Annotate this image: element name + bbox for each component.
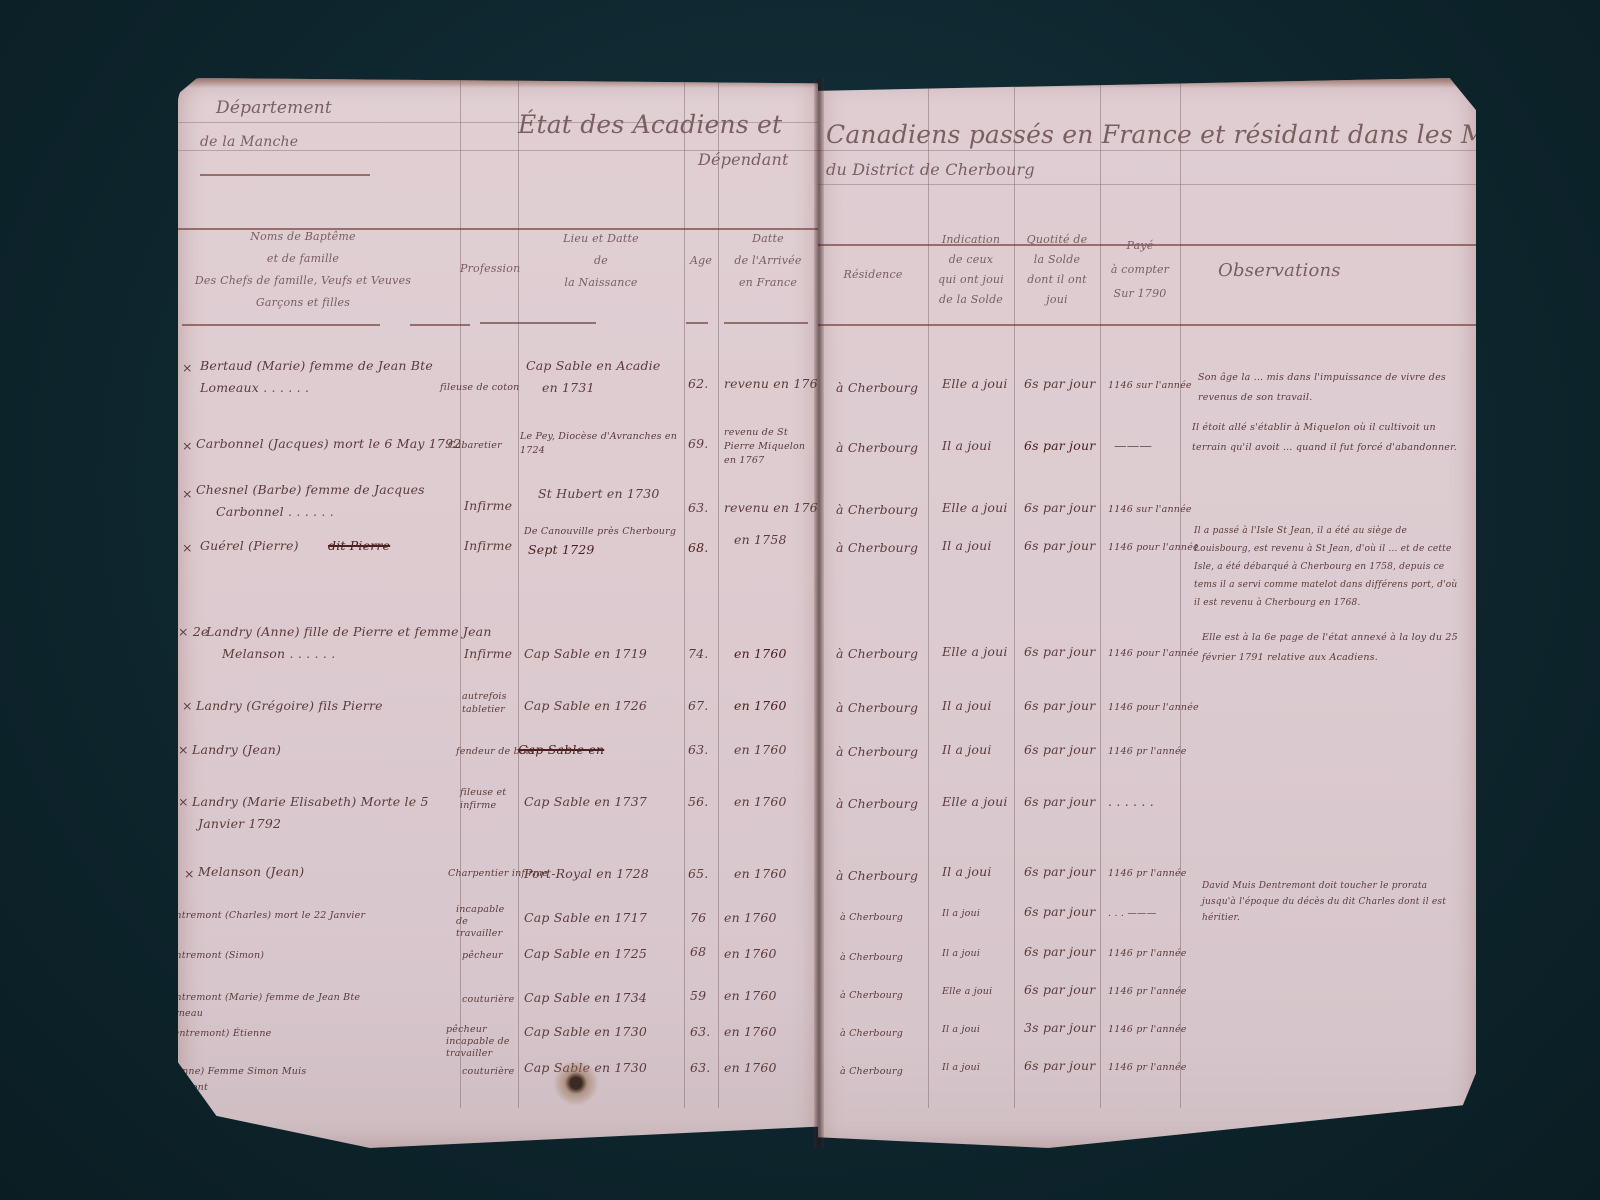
row-residence: à Cherbourg	[836, 744, 918, 759]
column-header-pay-indication: Indication de ceux qui ont joui de la So…	[928, 230, 1014, 310]
row-residence: à Cherbourg	[836, 700, 918, 715]
header-bottom-rule	[724, 322, 808, 324]
row-pay-amount: 6s par jour	[1024, 864, 1095, 879]
ink-stain	[554, 1060, 598, 1106]
row-pay-amount: 6s par jour	[1024, 438, 1095, 453]
open-register-book: Département de la Manche État des Acadie…	[178, 78, 1476, 1148]
row-age: 69.	[688, 436, 708, 451]
row-paid-until: 1146 sur l'année	[1108, 380, 1192, 391]
row-mark: ×	[120, 1066, 129, 1079]
row-paid-until: 1146 pr l'année	[1108, 948, 1187, 959]
row-arrival: en 1760	[734, 742, 787, 757]
row-residence: à Cherbourg	[840, 952, 903, 963]
ruled-line	[818, 184, 1476, 185]
row-name-continued: Gallarneau	[148, 1008, 203, 1019]
row-birthplace: Cap Sable en 1730	[524, 1024, 647, 1039]
header-bottom-rule	[686, 322, 708, 324]
row-profession: fileuse et infirme	[460, 786, 516, 812]
row-paid-until: 1146 pour l'année	[1108, 542, 1199, 553]
row-mark: ×	[178, 742, 189, 757]
row-observations: Son âge la … mis dans l'impuissance de v…	[1198, 368, 1460, 408]
book-spine	[814, 78, 824, 1148]
row-paid-until: 1146 sur l'année	[1108, 504, 1192, 515]
row-pay-indication: Il a joui	[942, 1062, 980, 1073]
row-age: 74.	[688, 646, 708, 661]
row-residence: à Cherbourg	[836, 380, 918, 395]
row-profession: fileuse de coton	[440, 382, 519, 393]
row-observations: Il étoit allé s'établir à Miquelon où il…	[1192, 418, 1458, 458]
row-age: 63.	[688, 742, 708, 757]
row-name: Bertaud (Marie) femme de Jean Bte	[200, 358, 433, 373]
row-paid-until: 1146 pr l'année	[1108, 868, 1187, 879]
row-observations: Elle est à la 6e page de l'état annexé à…	[1202, 628, 1460, 668]
row-arrival: en 1760	[734, 866, 787, 881]
department-name: de la Manche	[200, 134, 298, 150]
row-birthplace: Port-Royal en 1728	[524, 866, 649, 881]
header-bottom-rule	[818, 324, 1476, 326]
row-pay-amount: 3s par jour	[1024, 1020, 1095, 1035]
row-pay-amount: 6s par jour	[1024, 538, 1095, 553]
row-name: Muis Dentremont (Marie) femme de Jean Bt…	[134, 992, 360, 1003]
row-mark: ×	[178, 794, 189, 809]
row-pay-amount: 6s par jour	[1024, 644, 1095, 659]
row-profession: couturière	[462, 994, 514, 1005]
row-pay-indication: Elle a joui	[942, 644, 1008, 659]
row-birthplace: Cap Sable en 1737	[524, 794, 647, 809]
row-birthplace-continued: Sept 1729	[528, 542, 595, 557]
column-header-pay-amount: Quotité de la Solde dont il ont joui	[1014, 230, 1100, 310]
row-age: 56.	[688, 794, 708, 809]
row-arrival: en 1760	[724, 910, 777, 925]
row-name-continued: Lomeaux	[200, 380, 309, 395]
title-line2-right: du District de Cherbourg	[826, 160, 1035, 179]
row-name: Guérel (Pierre)	[200, 538, 299, 553]
header-bottom-rule	[480, 322, 596, 324]
row-name: Carbonnel (Jacques) mort le 6 May 1792	[196, 436, 461, 451]
row-age: 76	[690, 910, 706, 925]
row-paid-until: 1146 pr l'année	[1108, 1024, 1187, 1035]
row-pay-amount: 6s par jour	[1024, 742, 1095, 757]
row-pay-indication: Il a joui	[942, 538, 992, 553]
row-mark: ×	[118, 994, 127, 1007]
row-pay-indication: Il a joui	[942, 864, 992, 879]
row-birthplace-continued: en 1731	[542, 380, 595, 395]
row-paid-until: 1146 pr l'année	[1108, 986, 1187, 997]
row-paid-until: ———	[1114, 438, 1152, 453]
row-name: Muis Dentremont (Simon)	[134, 950, 264, 961]
row-name: Poirier (Anne) Femme Simon Muis	[134, 1066, 306, 1077]
row-birthplace: Cap Sable en	[518, 742, 604, 757]
row-profession: incapable de travailler	[456, 904, 516, 940]
row-pay-indication: Il a joui	[942, 948, 980, 959]
column-divider	[460, 80, 461, 1108]
row-pay-amount: 6s par jour	[1024, 982, 1095, 997]
row-mark: ×	[182, 360, 193, 375]
row-age: 62.	[688, 376, 708, 391]
row-name: Melanson (Jean)	[198, 864, 304, 879]
ruled-line	[818, 150, 1476, 151]
row-pay-indication: Elle a joui	[942, 500, 1008, 515]
row-name: (Muis Dentremont) Étienne	[134, 1028, 272, 1039]
row-pay-indication: Il a joui	[942, 908, 980, 919]
left-page: Département de la Manche État des Acadie…	[178, 78, 818, 1148]
row-profession: pêcheur incapable de travailler	[446, 1024, 518, 1060]
row-name-continued: Janvier 1792	[198, 816, 281, 831]
row-arrival: en 1760	[724, 988, 777, 1003]
row-name: Landry (Marie Elisabeth) Morte le 5	[192, 794, 429, 809]
title-line1-left: État des Acadiens et	[518, 110, 782, 139]
row-profession: Cabaretier	[448, 440, 502, 451]
row-pay-indication: Il a joui	[942, 742, 992, 757]
row-mark: ×	[182, 540, 193, 555]
right-page: Canadiens passés en France et résidant d…	[818, 78, 1476, 1148]
column-header-age: Age	[684, 250, 718, 272]
department-underline	[200, 174, 370, 176]
row-residence: à Cherbourg	[836, 502, 918, 517]
row-name-continued: Melanson	[222, 646, 335, 661]
row-pay-indication: Elle a joui	[942, 986, 992, 997]
row-age: 59	[690, 988, 706, 1003]
row-name-struck: dit Pierre	[328, 538, 390, 553]
row-residence: à Cherbourg	[836, 440, 918, 455]
row-age: 65.	[688, 866, 708, 881]
row-paid-until: 1146 pour l'année	[1108, 702, 1199, 713]
column-header-profession: Profession	[460, 258, 518, 280]
row-mark: ×	[120, 1030, 129, 1043]
row-name: Landry (Jean)	[192, 742, 281, 757]
row-arrival: revenu de St Pierre Miquelon en 1767	[724, 426, 816, 468]
row-observations: Il a passé à l'Isle St Jean, il a été au…	[1194, 522, 1460, 612]
row-age: 67.	[688, 698, 708, 713]
row-age: 63.	[688, 500, 708, 515]
row-name-continued: Carbonnel	[216, 504, 334, 519]
row-paid-until: . . . ———	[1108, 908, 1156, 919]
row-residence: à Cherbourg	[840, 1066, 903, 1077]
header-bottom-rule	[182, 324, 380, 326]
row-age: 63.	[690, 1024, 710, 1039]
row-pay-amount: 6s par jour	[1024, 500, 1095, 515]
row-pay-indication: Il a joui	[942, 438, 992, 453]
row-birthplace: Cap Sable en 1719	[524, 646, 647, 661]
column-header-residence: Résidence	[818, 264, 928, 286]
department-label: Département	[216, 98, 332, 118]
row-mark: × 2e	[178, 624, 209, 639]
row-arrival: en 1760	[734, 794, 787, 809]
row-age: 68	[690, 944, 706, 959]
row-residence: à Cherbourg	[840, 1028, 903, 1039]
row-arrival: revenu en 1767	[724, 376, 826, 391]
row-profession: Infirme	[464, 646, 512, 661]
row-residence: à Cherbourg	[836, 646, 918, 661]
row-arrival: revenu en 1767	[724, 500, 826, 515]
row-name: Chesnel (Barbe) femme de Jacques	[196, 482, 425, 497]
row-birthplace: Cap Sable en Acadie	[526, 358, 660, 373]
row-birthplace: Cap Sable en 1734	[524, 990, 647, 1005]
row-residence: à Cherbourg	[840, 990, 903, 1001]
row-residence: à Cherbourg	[836, 540, 918, 555]
row-birthplace: Cap Sable en 1725	[524, 946, 647, 961]
column-header-observations: Observations	[1218, 260, 1341, 281]
row-residence: à Cherbourg	[840, 912, 903, 923]
title-line2-left: Dépendant	[698, 150, 789, 169]
row-paid-until: 1146 pr l'année	[1108, 1062, 1187, 1073]
row-arrival: en 1758	[734, 532, 787, 547]
row-birthplace: Cap Sable en 1726	[524, 698, 647, 713]
row-profession: autrefois tabletier	[462, 690, 518, 716]
row-mark: ×	[182, 486, 193, 501]
row-birthplace: Cap Sable en 1717	[524, 910, 647, 925]
row-arrival: en 1760	[724, 946, 777, 961]
row-profession: pêcheur	[462, 950, 503, 961]
row-mark: H	[118, 908, 129, 923]
column-header-arrival: Datte de l'Arrivée en France	[718, 228, 818, 294]
row-name-continued: Dentremont	[148, 1082, 208, 1093]
row-mark: ×	[118, 950, 127, 963]
row-pay-amount: 6s par jour	[1024, 698, 1095, 713]
row-pay-indication: Il a joui	[942, 698, 992, 713]
row-pay-amount: 6s par jour	[1024, 794, 1095, 809]
row-profession: Infirme	[464, 498, 512, 513]
row-birthplace: De Canouville près Cherbourg	[524, 526, 676, 537]
row-pay-indication: Il a joui	[942, 1024, 980, 1035]
row-profession: couturière	[462, 1066, 514, 1077]
row-pay-amount: 6s par jour	[1024, 944, 1095, 959]
column-header-paid-until: Payé à compter Sur 1790	[1100, 234, 1180, 306]
row-arrival: en 1760	[734, 646, 787, 661]
row-arrival: en 1760	[724, 1060, 777, 1075]
row-name: Muis Dentremont (Charles) mort le 22 Jan…	[134, 910, 365, 921]
row-paid-until: 1146 pr l'année	[1108, 746, 1187, 757]
row-paid-until: . . . . . .	[1108, 794, 1154, 809]
column-header-name: Noms de Baptême et de famille Des Chefs …	[178, 226, 428, 314]
row-mark: ×	[184, 866, 195, 881]
header-bottom-rule	[410, 324, 470, 326]
row-arrival: en 1760	[734, 698, 787, 713]
row-mark: ×	[182, 438, 193, 453]
row-mark: ×	[182, 698, 193, 713]
title-line1-right: Canadiens passés en France et résidant d…	[826, 120, 1600, 149]
row-residence: à Cherbourg	[836, 796, 918, 811]
row-pay-amount: 6s par jour	[1024, 1058, 1095, 1073]
row-profession: Infirme	[464, 538, 512, 553]
row-paid-until: 1146 pour l'année	[1108, 648, 1199, 659]
column-header-birthplace: Lieu et Datte de la Naissance	[518, 228, 684, 294]
column-divider	[684, 80, 685, 1108]
row-observations: David Muis Dentremont doit toucher le pr…	[1202, 878, 1464, 926]
row-pay-indication: Elle a joui	[942, 794, 1008, 809]
row-birthplace: Le Pey, Diocèse d'Avranches en 1724	[520, 430, 680, 458]
row-name: Landry (Grégoire) fils Pierre	[196, 698, 383, 713]
row-arrival: en 1760	[724, 1024, 777, 1039]
row-pay-amount: 6s par jour	[1024, 376, 1095, 391]
row-pay-amount: 6s par jour	[1024, 904, 1095, 919]
row-name: Landry (Anne) fille de Pierre et femme J…	[206, 624, 492, 639]
row-pay-indication: Elle a joui	[942, 376, 1008, 391]
row-residence: à Cherbourg	[836, 868, 918, 883]
row-birthplace: St Hubert en 1730	[538, 486, 660, 501]
row-age: 68.	[688, 540, 708, 555]
row-age: 63.	[690, 1060, 710, 1075]
